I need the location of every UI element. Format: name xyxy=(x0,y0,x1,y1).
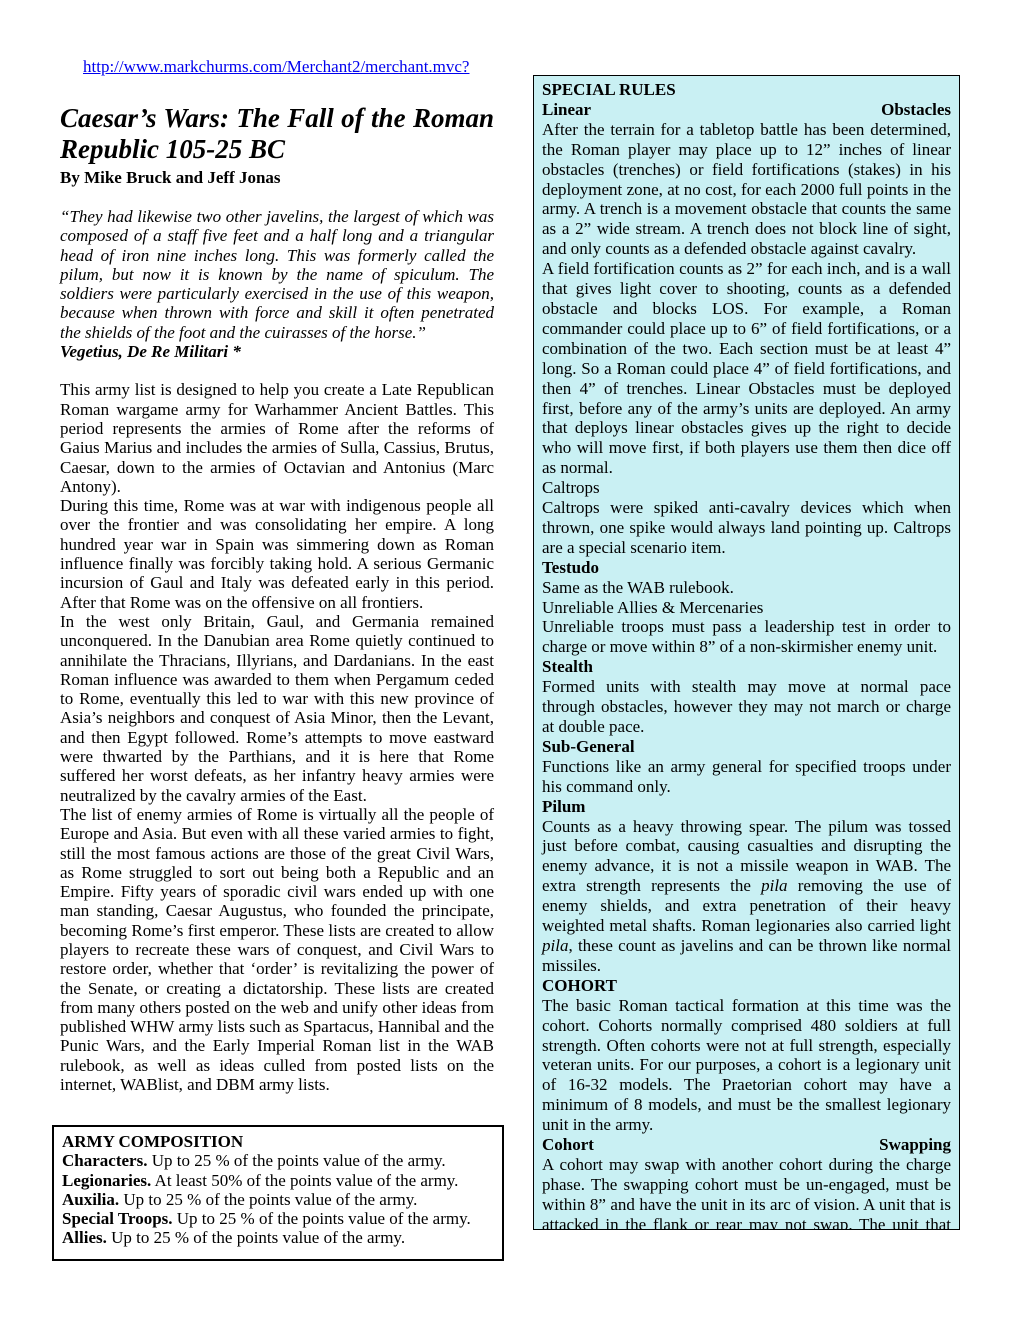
item-text: Up to 25 % of the points value of the ar… xyxy=(173,1209,471,1228)
item-text: Up to 25 % of the points value of the ar… xyxy=(147,1151,445,1170)
army-composition-box: ARMY COMPOSITION Characters. Up to 25 % … xyxy=(52,1125,504,1261)
quote-attribution: Vegetius, De Re Militari * xyxy=(60,342,494,361)
rule-text: Formed units with stealth may move at no… xyxy=(542,677,951,737)
rule-heading-caltrops: Caltrops xyxy=(542,478,951,498)
rule-text: A cohort may swap with another cohort du… xyxy=(542,1155,951,1230)
rule-text: Functions like an army general for speci… xyxy=(542,757,951,797)
source-link[interactable]: http://www.markchurms.com/Merchant2/merc… xyxy=(83,57,494,77)
army-composition-item: Auxilia. Up to 25 % of the points value … xyxy=(62,1190,494,1209)
rule-heading-right: Obstacles xyxy=(881,100,951,120)
item-label: Special Troops. xyxy=(62,1209,173,1228)
special-rules-panel: SPECIAL RULES Linear Obstacles After the… xyxy=(533,75,960,1230)
special-rules-title: SPECIAL RULES xyxy=(542,80,951,100)
army-composition-item: Characters. Up to 25 % of the points val… xyxy=(62,1151,494,1170)
rule-heading-pilum: Pilum xyxy=(542,797,951,817)
item-text: Up to 25 % of the points value of the ar… xyxy=(119,1190,417,1209)
rule-text: The basic Roman tactical formation at th… xyxy=(542,996,951,1135)
army-composition-item: Legionaries. At least 50% of the points … xyxy=(62,1171,494,1190)
rule-text: Unreliable troops must pass a leadership… xyxy=(542,617,951,657)
paragraph: The list of enemy armies of Rome is virt… xyxy=(60,805,494,1094)
rule-text-segment-italic: pila xyxy=(761,876,787,895)
army-composition-item: Special Troops. Up to 25 % of the points… xyxy=(62,1209,494,1228)
army-composition-title: ARMY COMPOSITION xyxy=(62,1132,494,1151)
rule-heading-testudo: Testudo xyxy=(542,558,951,578)
rule-text: Same as the WAB rulebook. xyxy=(542,578,951,598)
army-composition-item: Allies. Up to 25 % of the points value o… xyxy=(62,1228,494,1247)
paragraph: This army list is designed to help you c… xyxy=(60,380,494,496)
item-label: Legionaries. xyxy=(62,1171,151,1190)
byline: By Mike Bruck and Jeff Jonas xyxy=(60,168,494,188)
rule-text: Caltrops were spiked anti-cavalry device… xyxy=(542,498,951,558)
rule-heading-left: Linear xyxy=(542,100,591,120)
rule-text: A field fortification counts as 2” for e… xyxy=(542,259,951,478)
epigraph-quote: “They had likewise two other javelins, t… xyxy=(60,207,494,342)
item-label: Allies. xyxy=(62,1228,107,1247)
rule-heading-left: Cohort xyxy=(542,1135,594,1155)
paragraph: In the west only Britain, Gaul, and Germ… xyxy=(60,612,494,805)
item-text: Up to 25 % of the points value of the ar… xyxy=(107,1228,405,1247)
paragraph: During this time, Rome was at war with i… xyxy=(60,496,494,612)
item-text: At least 50% of the points value of the … xyxy=(151,1171,458,1190)
introduction-text: This army list is designed to help you c… xyxy=(60,380,494,1094)
document-page: http://www.markchurms.com/Merchant2/merc… xyxy=(0,0,1020,1320)
item-label: Auxilia. xyxy=(62,1190,119,1209)
rule-heading-unreliable-allies: Unreliable Allies & Mercenaries xyxy=(542,598,951,618)
rule-heading-linear-obstacles: Linear Obstacles xyxy=(542,100,951,120)
rule-text-pilum: Counts as a heavy throwing spear. The pi… xyxy=(542,817,951,976)
rule-heading-stealth: Stealth xyxy=(542,657,951,677)
page-title: Caesar’s Wars: The Fall of the Roman Rep… xyxy=(60,103,494,165)
rule-text-segment: , these count as javelins and can be thr… xyxy=(542,936,951,975)
item-label: Characters. xyxy=(62,1151,147,1170)
rule-heading-right: Swapping xyxy=(879,1135,951,1155)
left-column: http://www.markchurms.com/Merchant2/merc… xyxy=(60,57,494,1094)
rule-text-segment-italic: pila xyxy=(542,936,568,955)
rule-heading-cohort-swapping: Cohort Swapping xyxy=(542,1135,951,1155)
rule-text: After the terrain for a tabletop battle … xyxy=(542,120,951,259)
rule-heading-cohort: COHORT xyxy=(542,976,951,996)
rule-heading-sub-general: Sub-General xyxy=(542,737,951,757)
